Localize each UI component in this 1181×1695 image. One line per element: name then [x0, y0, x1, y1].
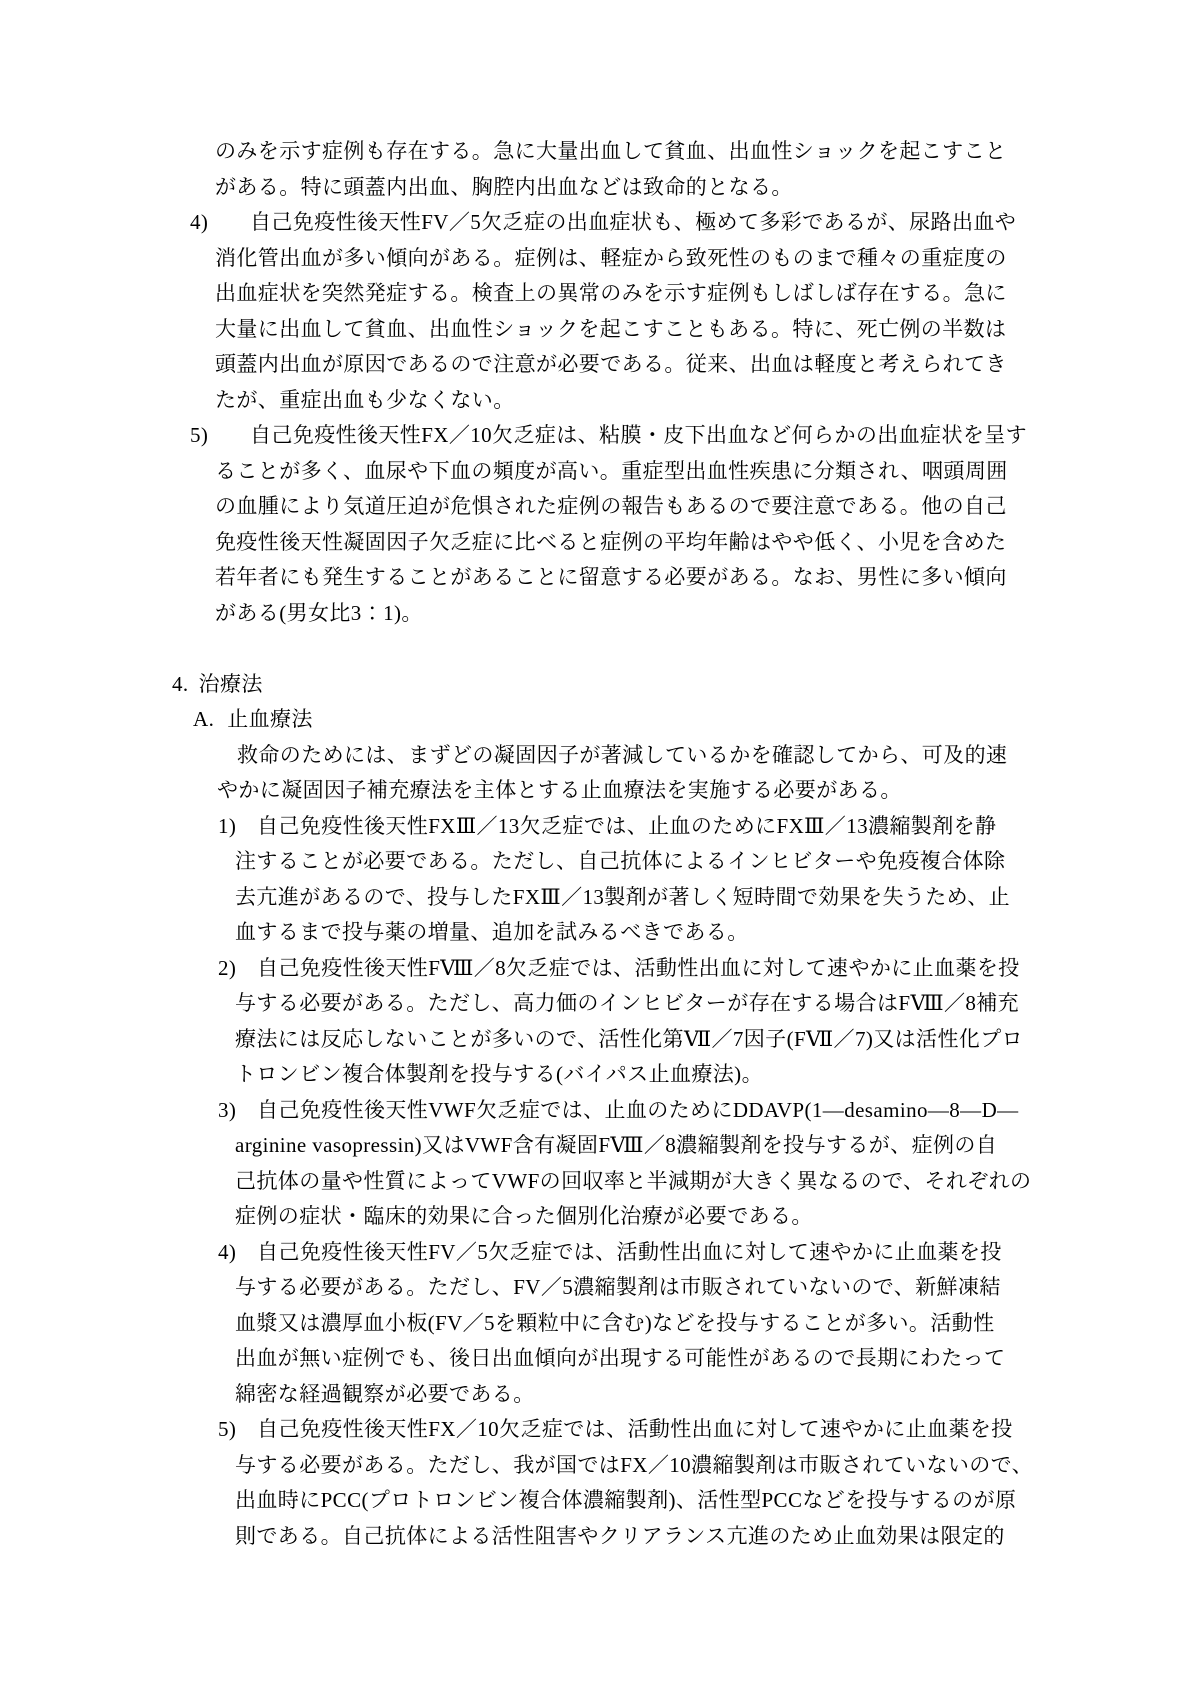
- list-item-text: 自己免疫性後天性FV／5欠乏症の出血症状も、極めて多彩であるが、尿路出血や: [250, 210, 1016, 234]
- list-item-text: 自己免疫性後天性FⅧ／8欠乏症では、活動性出血に対して速やかに止血薬を投: [257, 956, 1020, 980]
- text-line: 与する必要がある。ただし、我が国ではFX／10濃縮製剤は市販されていないので、: [235, 1448, 1181, 1484]
- list-item: 4)自己免疫性後天性FV／5欠乏症では、活動性出血に対して速やかに止血薬を投: [235, 1235, 1181, 1271]
- text-line: 療法には反応しないことが多いので、活性化第Ⅶ／7因子(FⅦ／7)又は活性化プロ: [235, 1022, 1181, 1058]
- text-line: やかに凝固因子補充療法を主体とする止血療法を実施する必要がある。: [217, 773, 1181, 809]
- text-line: の血腫により気道圧迫が危惧された症例の報告もあるので要注意である。他の自己: [215, 489, 1181, 525]
- text-line: がある(男女比3：1)。: [215, 596, 1181, 632]
- text-line: 症例の症状・臨床的効果に合った個別化治療が必要である。: [235, 1199, 1181, 1235]
- list-number: 4): [218, 1235, 236, 1271]
- list-item: 3)自己免疫性後天性VWF欠乏症では、止血のためにDDAVP(1―desamin…: [235, 1093, 1181, 1129]
- text-line: 去亢進があるので、投与したFXⅢ／13製剤が著しく短時間で効果を失うため、止: [235, 880, 1181, 916]
- text-line: 大量に出血して貧血、出血性ショックを起こすこともある。特に、死亡例の半数は: [215, 312, 1181, 348]
- text-line: 出血が無い症例でも、後日出血傾向が出現する可能性があるので長期にわたって: [235, 1341, 1181, 1377]
- text-line: のみを示す症例も存在する。急に大量出血して貧血、出血性ショックを起こすこと: [215, 134, 1181, 170]
- list-item-text: 自己免疫性後天性FX／10欠乏症では、活動性出血に対して速やかに止血薬を投: [257, 1417, 1013, 1441]
- text-line: 血するまで投与薬の増量、追加を試みるべきである。: [235, 915, 1181, 951]
- subsection-heading-title: 止血療法: [227, 707, 313, 731]
- list-item-text: 自己免疫性後天性VWF欠乏症では、止血のためにDDAVP(1―desamino―…: [257, 1098, 1019, 1122]
- text-line: 血漿又は濃厚血小板(FV／5を顆粒中に含む)などを投与することが多い。活動性: [235, 1306, 1181, 1342]
- list-number: 5): [190, 418, 208, 454]
- list-number: 1): [218, 809, 236, 845]
- text-line: 己抗体の量や性質によってVWFの回収率と半減期が大きく異なるので、それぞれの: [235, 1164, 1181, 1200]
- list-item-text: 自己免疫性後天性FXⅢ／13欠乏症では、止血のためにFXⅢ／13濃縮製剤を静: [257, 814, 996, 838]
- list-item-text: 自己免疫性後天性FX／10欠乏症は、粘膜・皮下出血など何らかの出血症状を呈す: [250, 423, 1027, 447]
- list-item: 2)自己免疫性後天性FⅧ／8欠乏症では、活動性出血に対して速やかに止血薬を投: [235, 951, 1181, 987]
- subsection-heading: A.止血療法: [193, 702, 1181, 738]
- list-item: 5)自己免疫性後天性FX／10欠乏症は、粘膜・皮下出血など何らかの出血症状を呈す: [215, 418, 1181, 454]
- text-line: 則である。自己抗体による活性阻害やクリアランス亢進のため止血効果は限定的: [235, 1519, 1181, 1555]
- document-content: のみを示す症例も存在する。急に大量出血して貧血、出血性ショックを起こすこと があ…: [0, 134, 1181, 1554]
- list-item: 4)自己免疫性後天性FV／5欠乏症の出血症状も、極めて多彩であるが、尿路出血や: [215, 205, 1181, 241]
- list-item: 1)自己免疫性後天性FXⅢ／13欠乏症では、止血のためにFXⅢ／13濃縮製剤を静: [235, 809, 1181, 845]
- text-line: たが、重症出血も少なくない。: [215, 383, 1181, 419]
- blank-line: [0, 631, 1181, 667]
- section-heading-title: 治療法: [199, 672, 263, 696]
- list-number: 2): [218, 951, 236, 987]
- list-item: 5)自己免疫性後天性FX／10欠乏症では、活動性出血に対して速やかに止血薬を投: [235, 1412, 1181, 1448]
- list-item-text: 自己免疫性後天性FV／5欠乏症では、活動性出血に対して速やかに止血薬を投: [257, 1240, 1002, 1264]
- text-line: arginine vasopressin)又はVWF含有凝固FⅧ／8濃縮製剤を投…: [235, 1128, 1181, 1164]
- text-line: 頭蓋内出血が原因であるので注意が必要である。従来、出血は軽度と考えられてき: [215, 347, 1181, 383]
- text-line: 与する必要がある。ただし、高力価のインヒビターが存在する場合はFⅧ／8補充: [235, 986, 1181, 1022]
- document-page: のみを示す症例も存在する。急に大量出血して貧血、出血性ショックを起こすこと があ…: [0, 0, 1181, 1695]
- text-line: 綿密な経過観察が必要である。: [235, 1377, 1181, 1413]
- section-heading-number: 4.: [172, 672, 189, 696]
- text-line: 出血時にPCC(プロトロンビン複合体濃縮製剤)、活性型PCCなどを投与するのが原: [235, 1483, 1181, 1519]
- text-line: トロンビン複合体製剤を投与する(バイパス止血療法)。: [235, 1057, 1181, 1093]
- text-line: 消化管出血が多い傾向がある。症例は、軽症から致死性のものまで種々の重症度の: [215, 241, 1181, 277]
- text-line: 注することが必要である。ただし、自己抗体によるインヒビターや免疫複合体除: [235, 844, 1181, 880]
- text-line: 出血症状を突然発症する。検査上の異常のみを示す症例もしばしば存在する。急に: [215, 276, 1181, 312]
- text-line: ることが多く、血尿や下血の頻度が高い。重症型出血性疾患に分類され、咽頭周囲: [215, 454, 1181, 490]
- subsection-heading-letter: A.: [193, 707, 214, 731]
- list-number: 5): [218, 1412, 236, 1448]
- text-line: 若年者にも発生することがあることに留意する必要がある。なお、男性に多い傾向: [215, 560, 1181, 596]
- text-line: 免疫性後天性凝固因子欠乏症に比べると症例の平均年齢はやや低く、小児を含めた: [215, 525, 1181, 561]
- text-line: がある。特に頭蓋内出血、胸腔内出血などは致命的となる。: [215, 170, 1181, 206]
- list-number: 3): [218, 1093, 236, 1129]
- section-heading: 4.治療法: [172, 667, 1181, 703]
- list-number: 4): [190, 205, 208, 241]
- text-line: 与する必要がある。ただし、FV／5濃縮製剤は市販されていないので、新鮮凍結: [235, 1270, 1181, 1306]
- text-line: 救命のためには、まずどの凝固因子が著減しているかを確認してから、可及的速: [237, 738, 1181, 774]
